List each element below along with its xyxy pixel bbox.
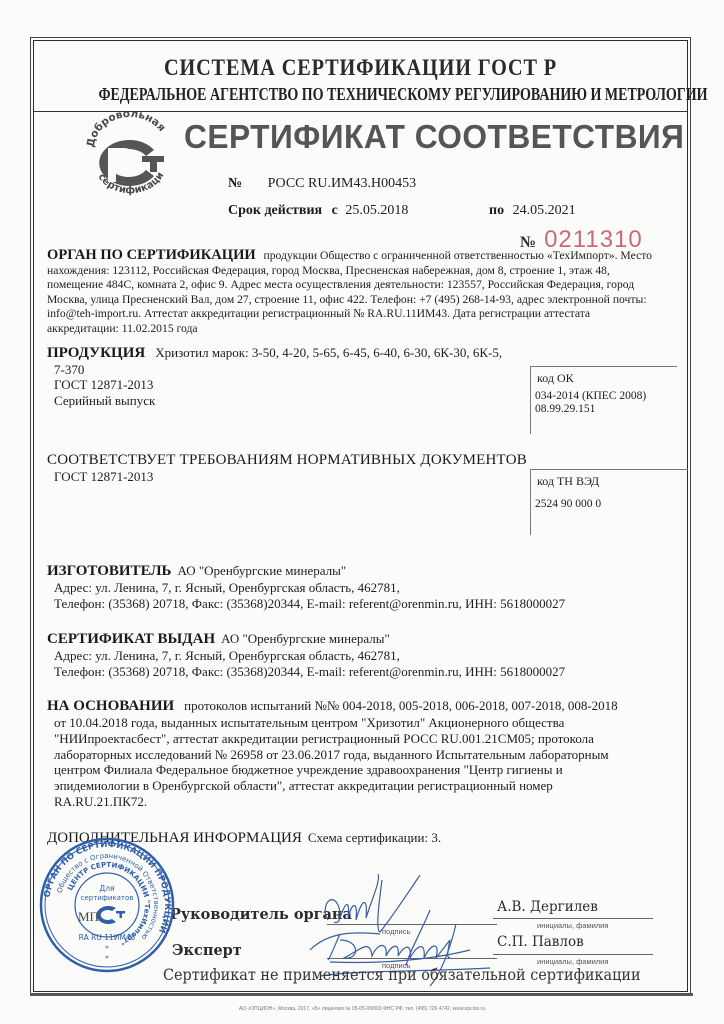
product-line-1: Хризотил марок: 3-50, 4-20, 5-65, 6-45, … — [155, 345, 502, 360]
basis-line-6: эпидемиологии в Оренбургской области", а… — [47, 778, 677, 794]
product-section: ПРОДУКЦИЯХризотил марок: 3-50, 4-20, 5-6… — [47, 345, 527, 408]
head-signature-line — [327, 924, 497, 925]
expert-name-line — [493, 954, 653, 955]
basis-section: НА ОСНОВАНИИпротоколов испытаний №№ 004-… — [47, 697, 677, 810]
certificate-number-row: № РОСС RU.ИМ43.Н00453 — [228, 176, 416, 192]
svg-text:RA RU 11ИМ43: RA RU 11ИМ43 — [79, 933, 136, 942]
head-name-caption: инициалы, фамилия — [537, 921, 608, 930]
head-name-line — [493, 918, 653, 919]
certification-body-section: ОРГАН ПО СЕРТИФИКАЦИИпродукции Общество … — [47, 248, 658, 335]
document-border-shadow — [30, 993, 693, 996]
svg-text:сертификатов: сертификатов — [81, 894, 134, 902]
tn-ved-label: код ТН ВЭД — [535, 475, 688, 488]
head-of-body-label: Руководитель органа — [170, 906, 352, 923]
basis-line-1: протоколов испытаний №№ 004-2018, 005-20… — [184, 698, 618, 713]
printer-imprint: АО «ОПЦИОН», Москва, 2017, «Б» лицензия … — [0, 1006, 724, 1012]
product-standard: ГОСТ 12871-2013 — [47, 377, 527, 393]
basis-label: НА ОСНОВАНИИ — [47, 698, 174, 714]
ok-code-line-1: 034-2014 (КПЕС 2008) — [535, 390, 677, 403]
certification-scheme: Схема сертификации: 3. — [308, 830, 441, 845]
from-label: с — [332, 203, 338, 218]
validity-end: по 24.05.2021 — [489, 203, 576, 219]
expert-label: Эксперт — [172, 942, 242, 959]
ok-code-line-2: 08.99.29.151 — [535, 403, 677, 416]
ok-code-label: код ОК — [535, 372, 677, 385]
svg-text:*: * — [105, 944, 109, 953]
issued-to-label: СЕРТИФИКАТ ВЫДАН — [47, 631, 215, 647]
certificate-number: РОСС RU.ИМ43.Н00453 — [268, 176, 417, 191]
product-release-type: Серийный выпуск — [47, 393, 527, 409]
tn-ved-value: 2524 90 000 0 — [535, 498, 688, 511]
valid-to: 24.05.2021 — [513, 203, 576, 218]
basis-line-7: RA.RU.21.ПК72. — [47, 794, 677, 810]
expert-signature-line — [327, 958, 497, 959]
agency-title: ФЕДЕРАЛЬНОЕ АГЕНТСТВО ПО ТЕХНИЧЕСКОМУ РЕ… — [99, 84, 623, 105]
conformity-standard: ГОСТ 12871-2013 — [47, 469, 527, 485]
basis-line-2: от 10.04.2018 года, выданных испытательн… — [47, 715, 677, 731]
manufacturer-name: АО "Оренбургские минералы" — [177, 563, 346, 578]
certification-seal-icon: ОРГАН ПО СЕРТИФИКАЦИИ ПРОДУКЦИИ Общество… — [38, 836, 176, 974]
manufacturer-label: ИЗГОТОВИТЕЛЬ — [47, 563, 171, 579]
product-line-2: 7-370 — [47, 362, 527, 378]
svg-text:МП: МП — [78, 909, 99, 924]
head-signature-caption: подпись — [382, 927, 410, 936]
svg-text:*: * — [105, 954, 109, 963]
conformity-label: СООТВЕТСТВУЕТ ТРЕБОВАНИЯМ НОРМАТИВНЫХ ДО… — [47, 452, 527, 469]
issued-to-contacts: Телефон: (35368) 20718, Факс: (35368)203… — [47, 664, 647, 680]
basis-line-3: "НИИпроектасбест", аттестат аккредитации… — [47, 731, 677, 747]
system-title: СИСТЕМА СЕРТИФИКАЦИИ ГОСТ Р — [72, 55, 648, 81]
certification-body-label: ОРГАН ПО СЕРТИФИКАЦИИ — [47, 247, 256, 263]
validity-label: Срок действия — [228, 203, 322, 218]
conformity-section: СООТВЕТСТВУЕТ ТРЕБОВАНИЯМ НОРМАТИВНЫХ ДО… — [47, 452, 527, 485]
manufacturer-section: ИЗГОТОВИТЕЛЬАО "Оренбургские минералы" А… — [47, 562, 647, 611]
rst-voluntary-certification-icon: Добровольная сертификация — [80, 112, 178, 204]
voluntary-notice: Сертификат не применяется при обязательн… — [163, 966, 641, 984]
product-label: ПРОДУКЦИЯ — [47, 345, 145, 361]
certificate-title: СЕРТИФИКАТ СООТВЕТСТВИЯ — [184, 118, 684, 156]
validity-period: Срок действия с 25.05.2018 — [228, 203, 408, 219]
valid-from: 25.05.2018 — [345, 203, 408, 218]
svg-text:Для: Для — [99, 884, 114, 893]
manufacturer-contacts: Телефон: (35368) 20718, Факс: (35368)203… — [47, 596, 647, 612]
basis-line-5: центром Филиала Федеральное бюджетное уч… — [47, 762, 677, 778]
manufacturer-address: Адрес: ул. Ленина, 7, г. Ясный, Оренбург… — [47, 580, 647, 596]
basis-line-4: лабораторных исследований № 26958 от 23.… — [47, 747, 677, 763]
head-name: А.В. Дергилев — [497, 899, 598, 915]
issued-to-name: АО "Оренбургские минералы" — [221, 631, 390, 646]
tn-ved-code-box: код ТН ВЭД 2524 90 000 0 — [530, 469, 688, 535]
number-sign: № — [228, 176, 242, 191]
issued-to-address: Адрес: ул. Ленина, 7, г. Ясный, Оренбург… — [47, 648, 647, 664]
expert-name-caption: инициалы, фамилия — [537, 957, 608, 966]
expert-name: С.П. Павлов — [497, 934, 584, 950]
to-label: по — [489, 203, 504, 218]
ok-code-box: код ОК 034-2014 (КПЕС 2008) 08.99.29.151 — [530, 366, 677, 434]
issued-to-section: СЕРТИФИКАТ ВЫДАНАО "Оренбургские минерал… — [47, 630, 647, 679]
